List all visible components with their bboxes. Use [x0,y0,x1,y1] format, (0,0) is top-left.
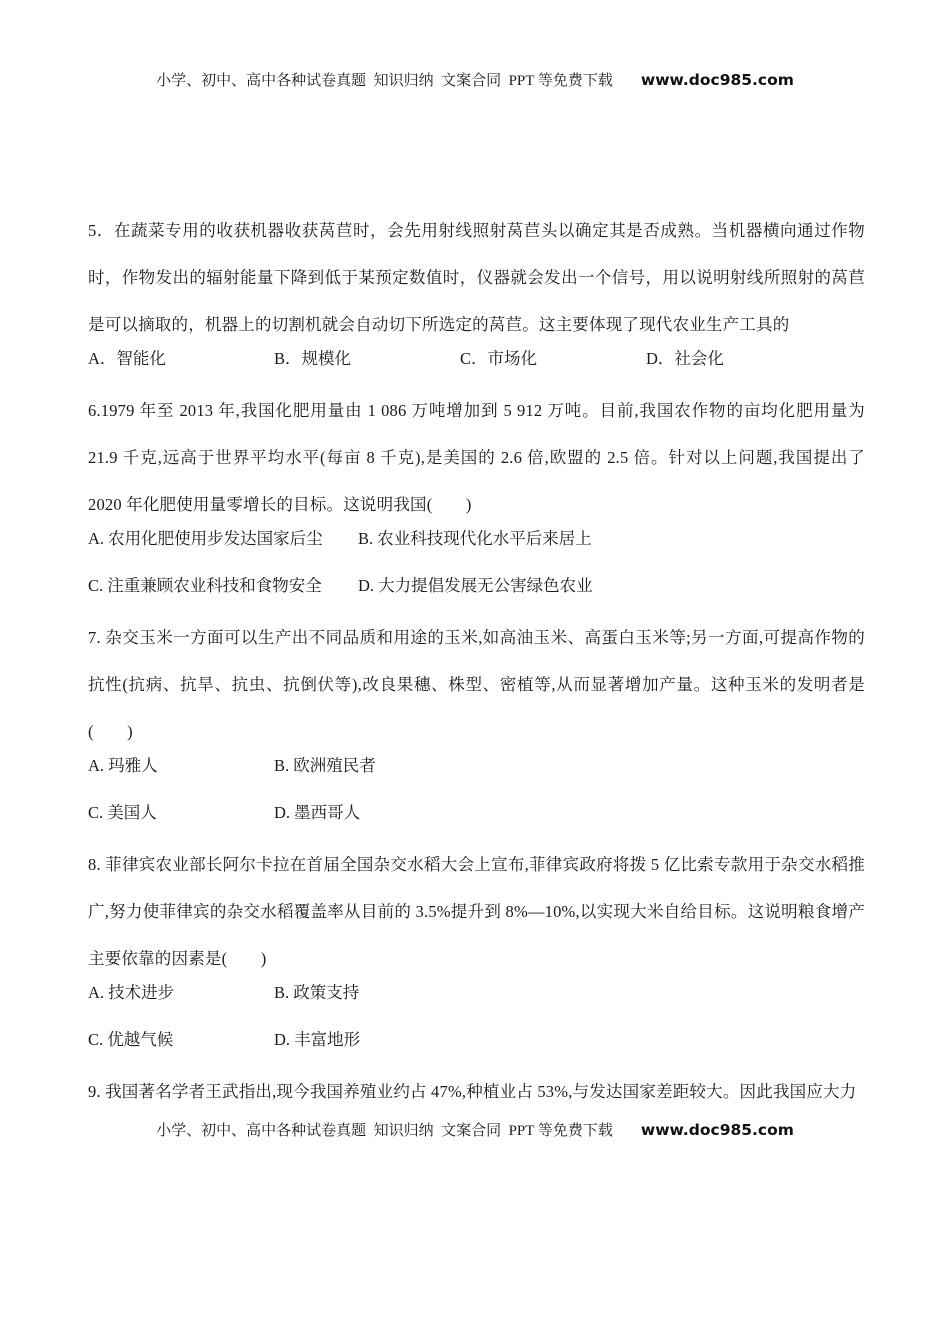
q6-option-d: D. 大力提倡发展无公害绿色农业 [358,562,593,609]
q5-option-b: B．规模化 [274,335,460,382]
question-9-stem: 9. 我国著名学者王武指出,现今我国养殖业约占 47%,种植业占 53%,与发达… [88,1068,865,1115]
question-6-stem: 6.1979 年至 2013 年,我国化肥用量由 1 086 万吨增加到 5 9… [88,387,865,528]
footer-url-link[interactable]: www.doc985.com [641,1121,794,1139]
q7-option-b: B. 欧洲殖民者 [274,742,376,789]
question-7-options: A. 玛雅人B. 欧洲殖民者 C. 美国人D. 墨西哥人 [88,742,865,836]
question-5-stem: 5．在蔬菜专用的收获机器收获莴苣时，会先用射线照射莴苣头以确定其是否成熟。当机器… [88,207,865,348]
question-6-options: A. 农用化肥使用步发达国家后尘B. 农业科技现代化水平后来居上 C. 注重兼顾… [88,515,865,609]
footer-text: 小学、初中、高中各种试卷真题 知识归纳 文案合同 PPT 等免费下载 [156,1123,613,1139]
header-text: 小学、初中、高中各种试卷真题 知识归纳 文案合同 PPT 等免费下载 [156,73,613,89]
question-8-options: A. 技术进步B. 政策支持 C. 优越气候D. 丰富地形 [88,969,865,1063]
q6-option-c: C. 注重兼顾农业科技和食物安全 [88,562,358,609]
document-page: 小学、初中、高中各种试卷真题 知识归纳 文案合同 PPT 等免费下载www.do… [0,0,950,1344]
q5-option-d: D．社会化 [646,335,724,382]
header-url-link[interactable]: www.doc985.com [641,71,794,89]
q5-option-a: A．智能化 [88,335,274,382]
q7-option-a: A. 玛雅人 [88,742,274,789]
question-list: 5．在蔬菜专用的收获机器收获莴苣时，会先用射线照射莴苣头以确定其是否成熟。当机器… [88,207,865,1115]
q6-option-a: A. 农用化肥使用步发达国家后尘 [88,515,358,562]
question-8-stem: 8. 菲律宾农业部长阿尔卡拉在首届全国杂交水稻大会上宣布,菲律宾政府将拨 5 亿… [88,841,865,982]
question-8-options-row-1: A. 技术进步B. 政策支持 [88,969,865,1016]
page-footer: 小学、初中、高中各种试卷真题 知识归纳 文案合同 PPT 等免费下载www.do… [0,1118,950,1143]
q8-option-d: D. 丰富地形 [274,1016,360,1063]
question-7-stem: 7. 杂交玉米一方面可以生产出不同品质和用途的玉米,如高油玉米、高蛋白玉米等;另… [88,614,865,755]
question-8-options-row-2: C. 优越气候D. 丰富地形 [88,1016,865,1063]
question-7-options-row-2: C. 美国人D. 墨西哥人 [88,789,865,836]
q8-option-c: C. 优越气候 [88,1016,274,1063]
q6-option-b: B. 农业科技现代化水平后来居上 [358,515,592,562]
question-6-options-row-2: C. 注重兼顾农业科技和食物安全D. 大力提倡发展无公害绿色农业 [88,562,865,609]
q5-option-c: C．市场化 [460,335,646,382]
q8-option-b: B. 政策支持 [274,969,359,1016]
page-header: 小学、初中、高中各种试卷真题 知识归纳 文案合同 PPT 等免费下载www.do… [0,68,950,93]
question-7-options-row-1: A. 玛雅人B. 欧洲殖民者 [88,742,865,789]
q8-option-a: A. 技术进步 [88,969,274,1016]
question-6-options-row-1: A. 农用化肥使用步发达国家后尘B. 农业科技现代化水平后来居上 [88,515,865,562]
q7-option-c: C. 美国人 [88,789,274,836]
q7-option-d: D. 墨西哥人 [274,789,360,836]
